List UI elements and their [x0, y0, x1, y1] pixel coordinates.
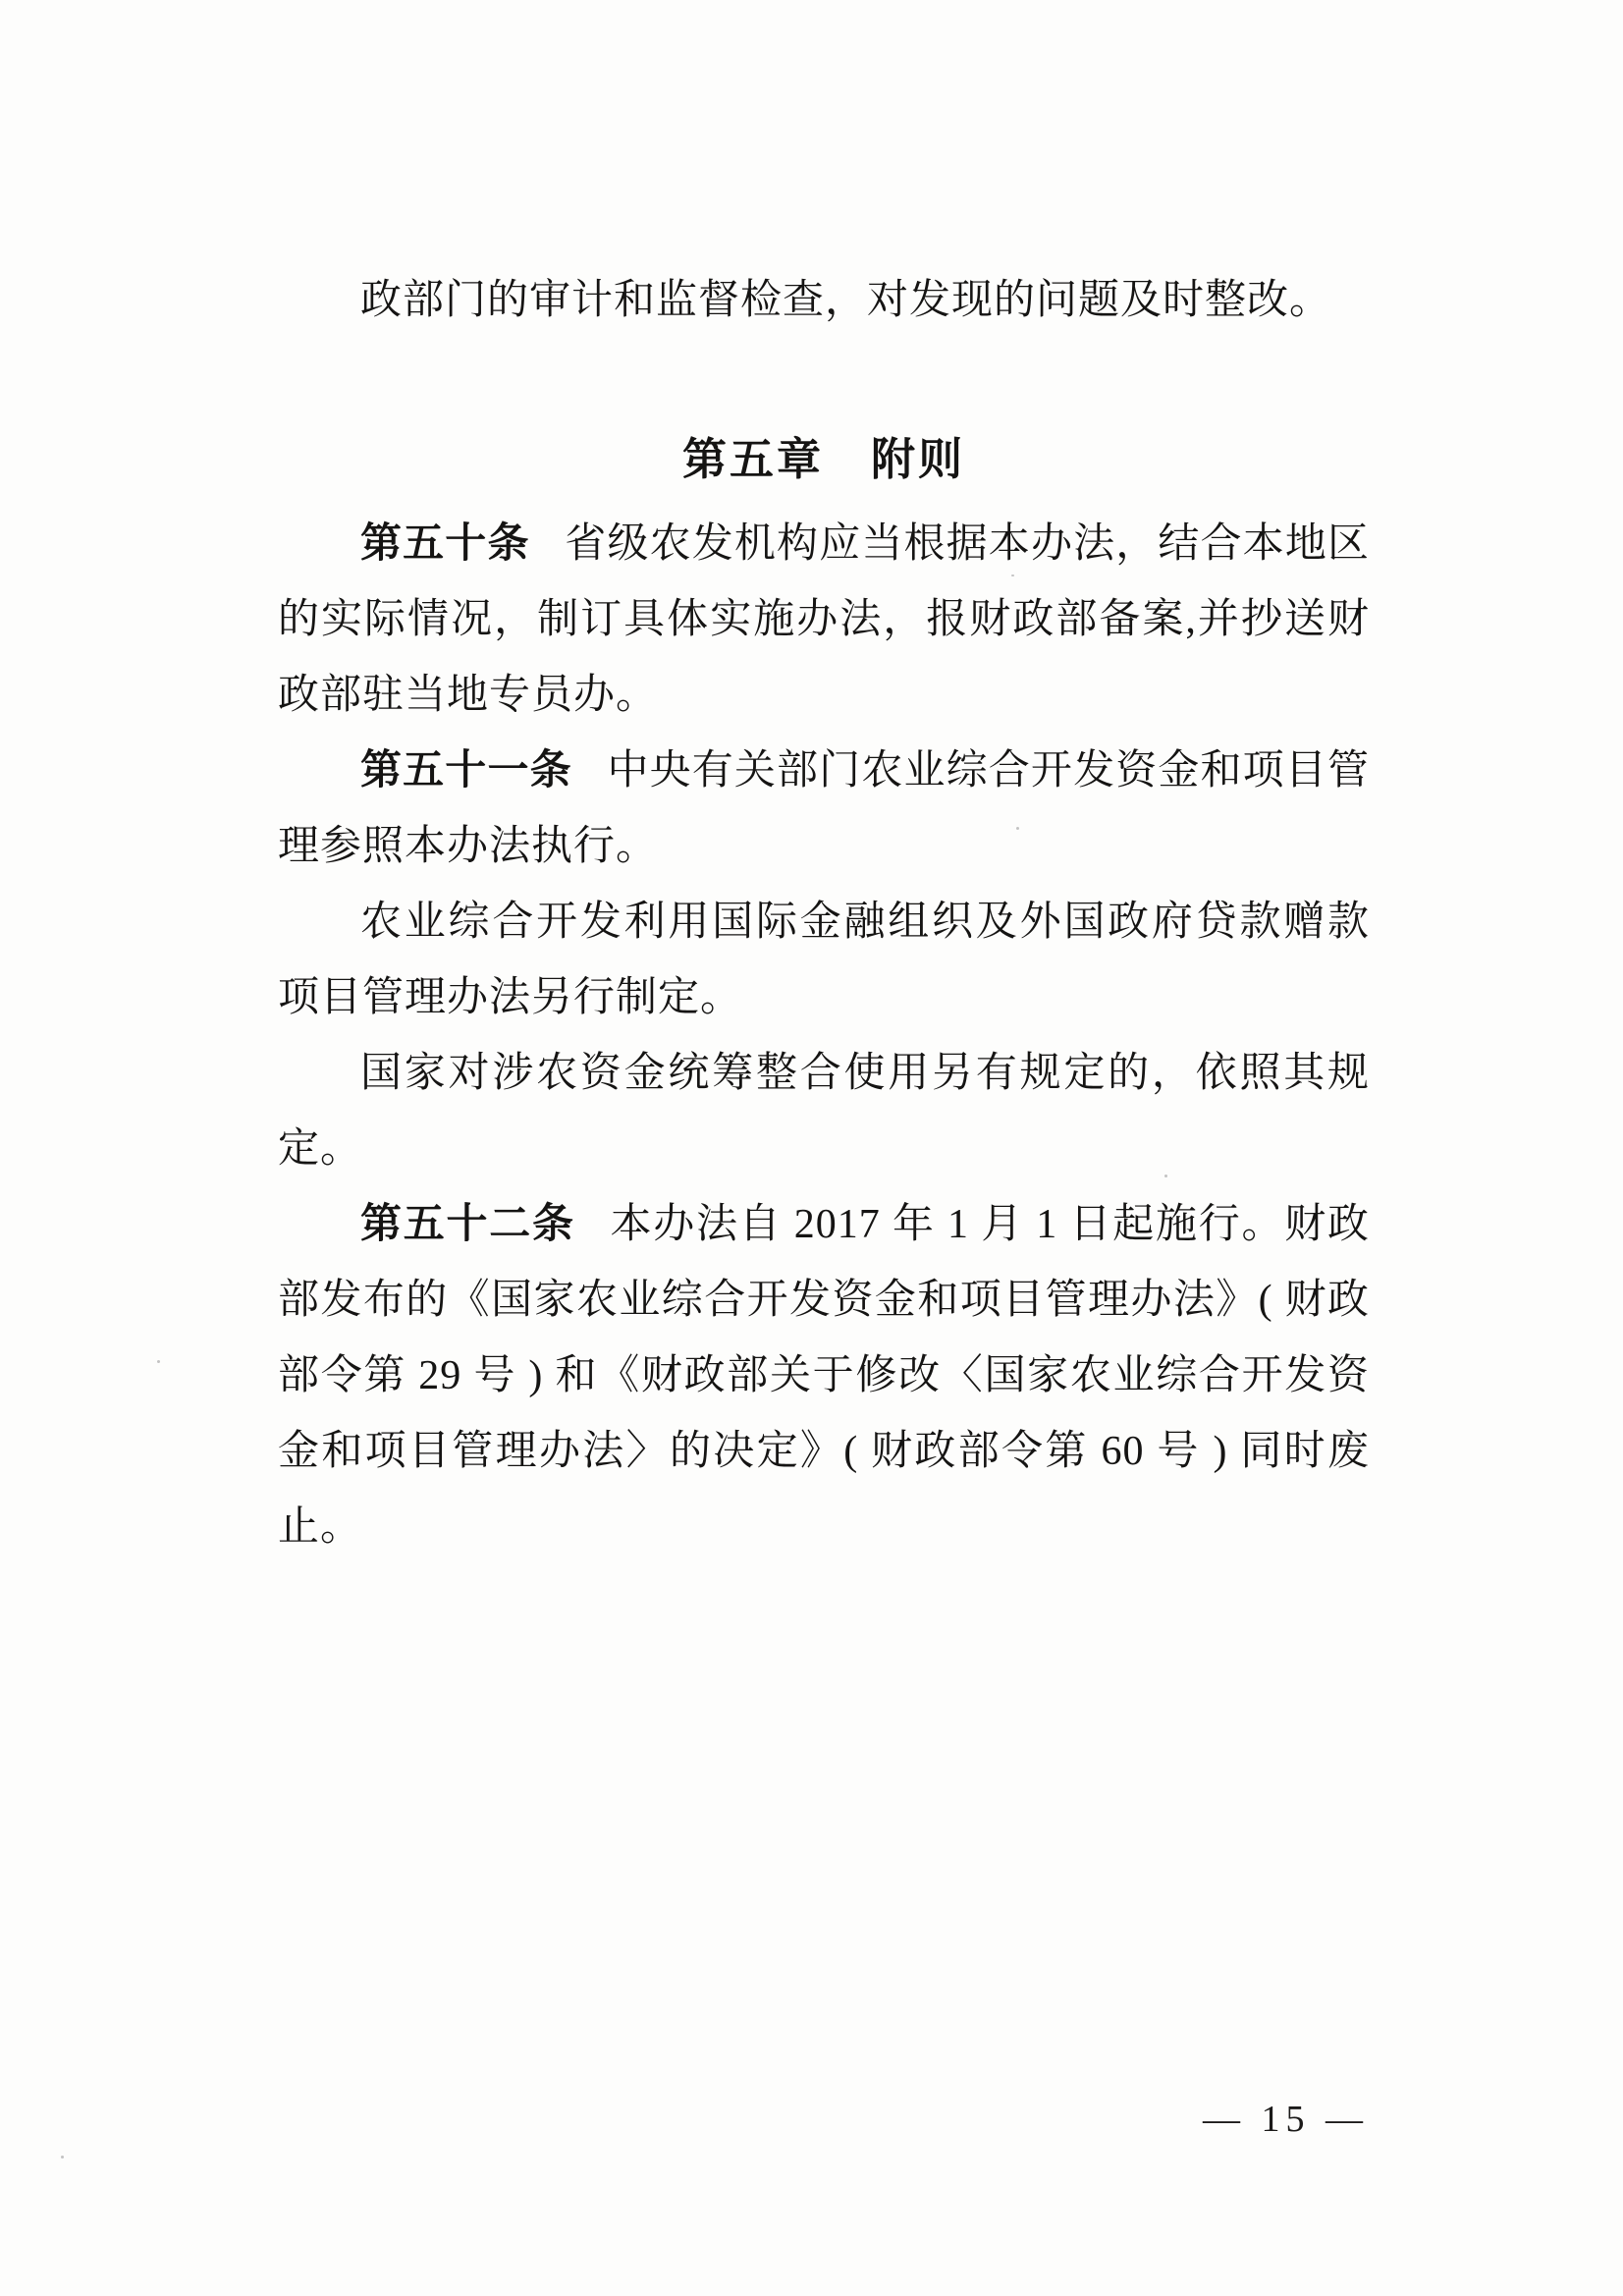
scan-speck [157, 1360, 160, 1363]
continuation-paragraph: 政部门的审计和监督检查，对发现的问题及时整改。 [278, 263, 1370, 339]
article-52-number: 第五十二条 [360, 1202, 575, 1247]
article-52-paragraph: 第五十二条本办法自 2017 年 1 月 1 日起施行。财政部发布的《国家农业综… [278, 1187, 1370, 1565]
article-52-text: 本办法自 2017 年 1 月 1 日起施行。财政部发布的《国家农业综合开发资金… [278, 1202, 1370, 1550]
document-body: 政部门的审计和监督检查，对发现的问题及时整改。 第五章 附则 第五十条省级农发机… [278, 263, 1370, 1565]
article-50-paragraph: 第五十条省级农发机构应当根据本办法，结合本地区的实际情况，制订具体实施办法，报财… [278, 507, 1370, 734]
page-number: — 15 — [1203, 2098, 1369, 2141]
scan-speck [61, 2156, 64, 2159]
article-51-paragraph: 第五十一条中央有关部门农业综合开发资金和项目管理参照本办法执行。 [278, 734, 1370, 885]
chapter-heading: 第五章 附则 [278, 422, 1370, 498]
document-page: 政部门的审计和监督检查，对发现的问题及时整改。 第五章 附则 第五十条省级农发机… [0, 0, 1623, 2296]
article-51-subparagraph-2: 国家对涉农资金统筹整合使用另有规定的，依照其规定。 [278, 1036, 1370, 1187]
article-51-subparagraph-1: 农业综合开发利用国际金融组织及外国政府贷款赠款项目管理办法另行制定。 [278, 885, 1370, 1036]
article-51-number: 第五十一条 [360, 748, 572, 793]
article-51-subtext-1: 农业综合开发利用国际金融组织及外国政府贷款赠款项目管理办法另行制定。 [278, 900, 1370, 1020]
article-50-number: 第五十条 [360, 521, 530, 567]
article-51-subtext-2: 国家对涉农资金统筹整合使用另有规定的，依照其规定。 [278, 1051, 1370, 1172]
